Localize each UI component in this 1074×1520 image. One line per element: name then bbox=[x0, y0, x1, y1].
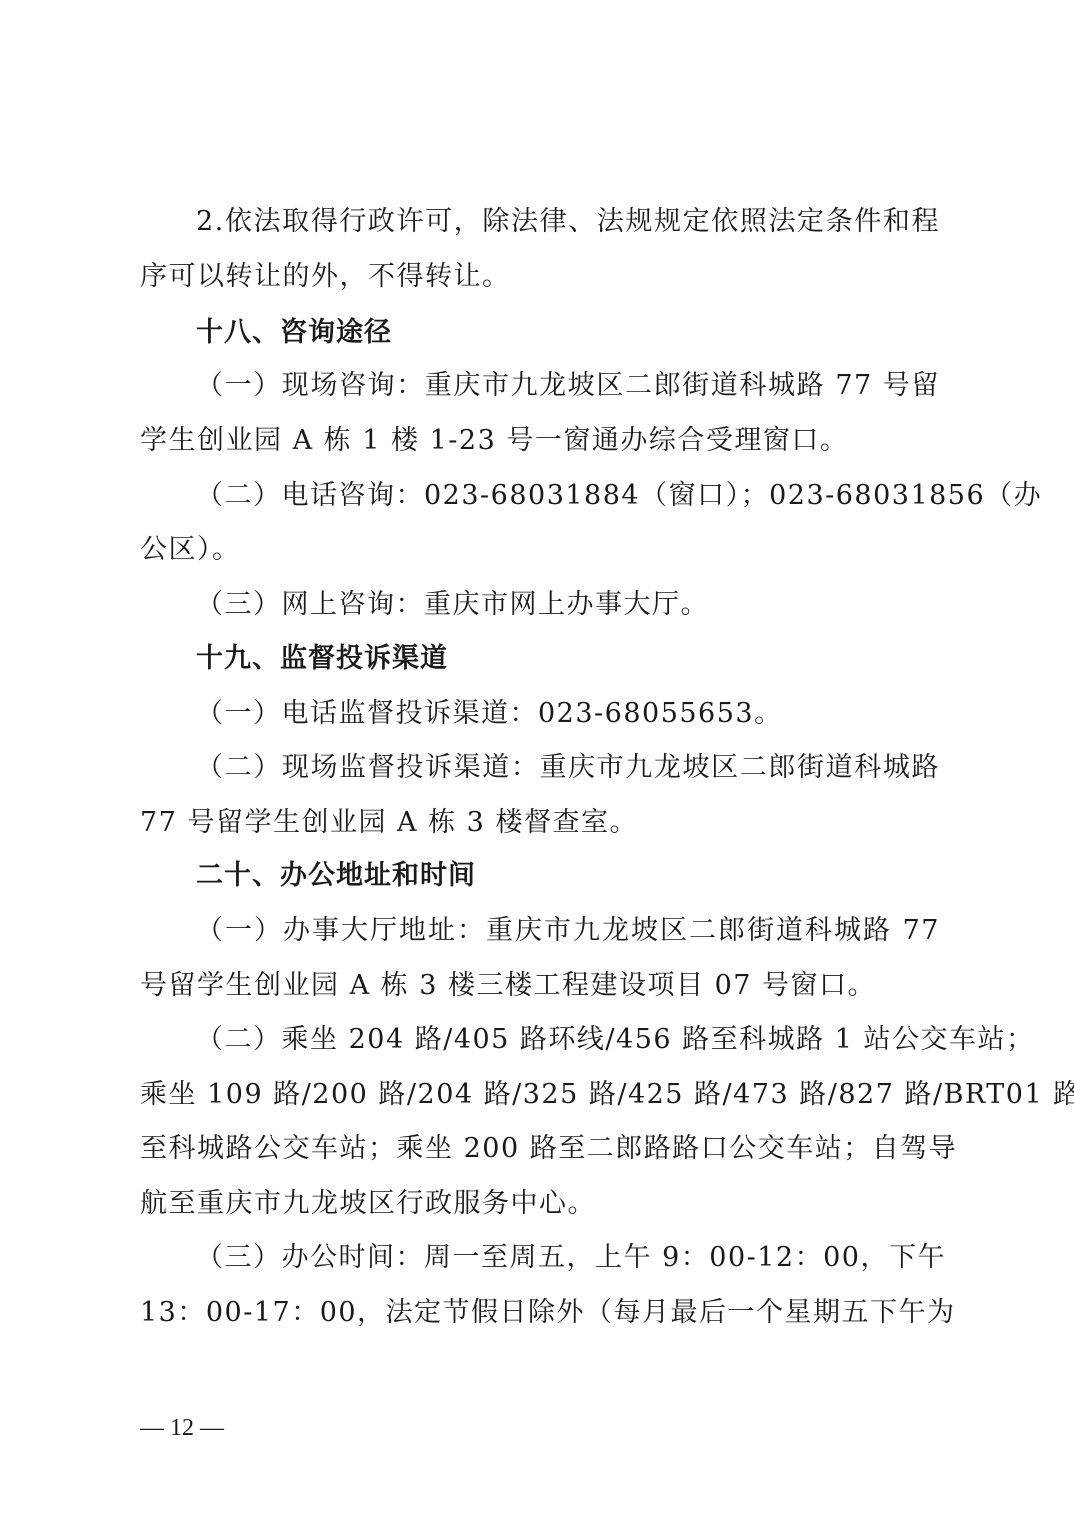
paragraph-line: （三）办公时间：周一至周五，上午 9：00-12：00，下午 bbox=[196, 1240, 940, 1276]
paragraph-line: （一）办事大厅地址：重庆市九龙坡区二郎街道科城路 77 bbox=[196, 913, 940, 949]
page-number: — 12 — bbox=[140, 1412, 224, 1444]
section-heading-complaints: 十九、监督投诉渠道 bbox=[196, 641, 940, 677]
paragraph-line: 13：00-17：00，法定节假日除外（每月最后一个星期五下午为 bbox=[140, 1295, 940, 1331]
paragraph-line: （一）现场咨询：重庆市九龙坡区二郎街道科城路 77 号留 bbox=[196, 368, 940, 404]
paragraph-line: （二）电话咨询：023-68031884（窗口）；023-68031856（办 bbox=[196, 478, 940, 514]
paragraph-line: 公区）。 bbox=[140, 532, 940, 568]
paragraph-line: 号留学生创业园 A 栋 3 楼三楼工程建设项目 07 号窗口。 bbox=[140, 968, 940, 1004]
paragraph-line: 学生创业园 A 栋 1 楼 1-23 号一窗通办综合受理窗口。 bbox=[140, 423, 940, 459]
section-heading-consultation: 十八、咨询途径 bbox=[196, 315, 940, 351]
paragraph-line: （一）电话监督投诉渠道：023-68055653。 bbox=[196, 696, 940, 732]
paragraph-line: 77 号留学生创业园 A 栋 3 楼督查室。 bbox=[140, 805, 940, 841]
paragraph-line: （二）乘坐 204 路/405 路环线/456 路至科城路 1 站公交车站； bbox=[196, 1022, 940, 1058]
paragraph-line: 乘坐 109 路/200 路/204 路/325 路/425 路/473 路/8… bbox=[140, 1077, 940, 1113]
paragraph-line: 2.依法取得行政许可，除法律、法规规定依照法定条件和程 bbox=[196, 204, 940, 240]
section-heading-office: 二十、办公地址和时间 bbox=[196, 858, 940, 894]
document-page: 2.依法取得行政许可，除法律、法规规定依照法定条件和程 序可以转让的外，不得转让… bbox=[0, 0, 1074, 1520]
paragraph-line: （二）现场监督投诉渠道：重庆市九龙坡区二郎街道科城路 bbox=[196, 750, 940, 786]
paragraph-line: （三）网上咨询：重庆市网上办事大厅。 bbox=[196, 587, 940, 623]
paragraph-line: 至科城路公交车站；乘坐 200 路至二郎路路口公交车站；自驾导 bbox=[140, 1131, 940, 1167]
paragraph-line: 序可以转让的外，不得转让。 bbox=[140, 259, 940, 295]
paragraph-line: 航至重庆市九龙坡区行政服务中心。 bbox=[140, 1186, 940, 1222]
